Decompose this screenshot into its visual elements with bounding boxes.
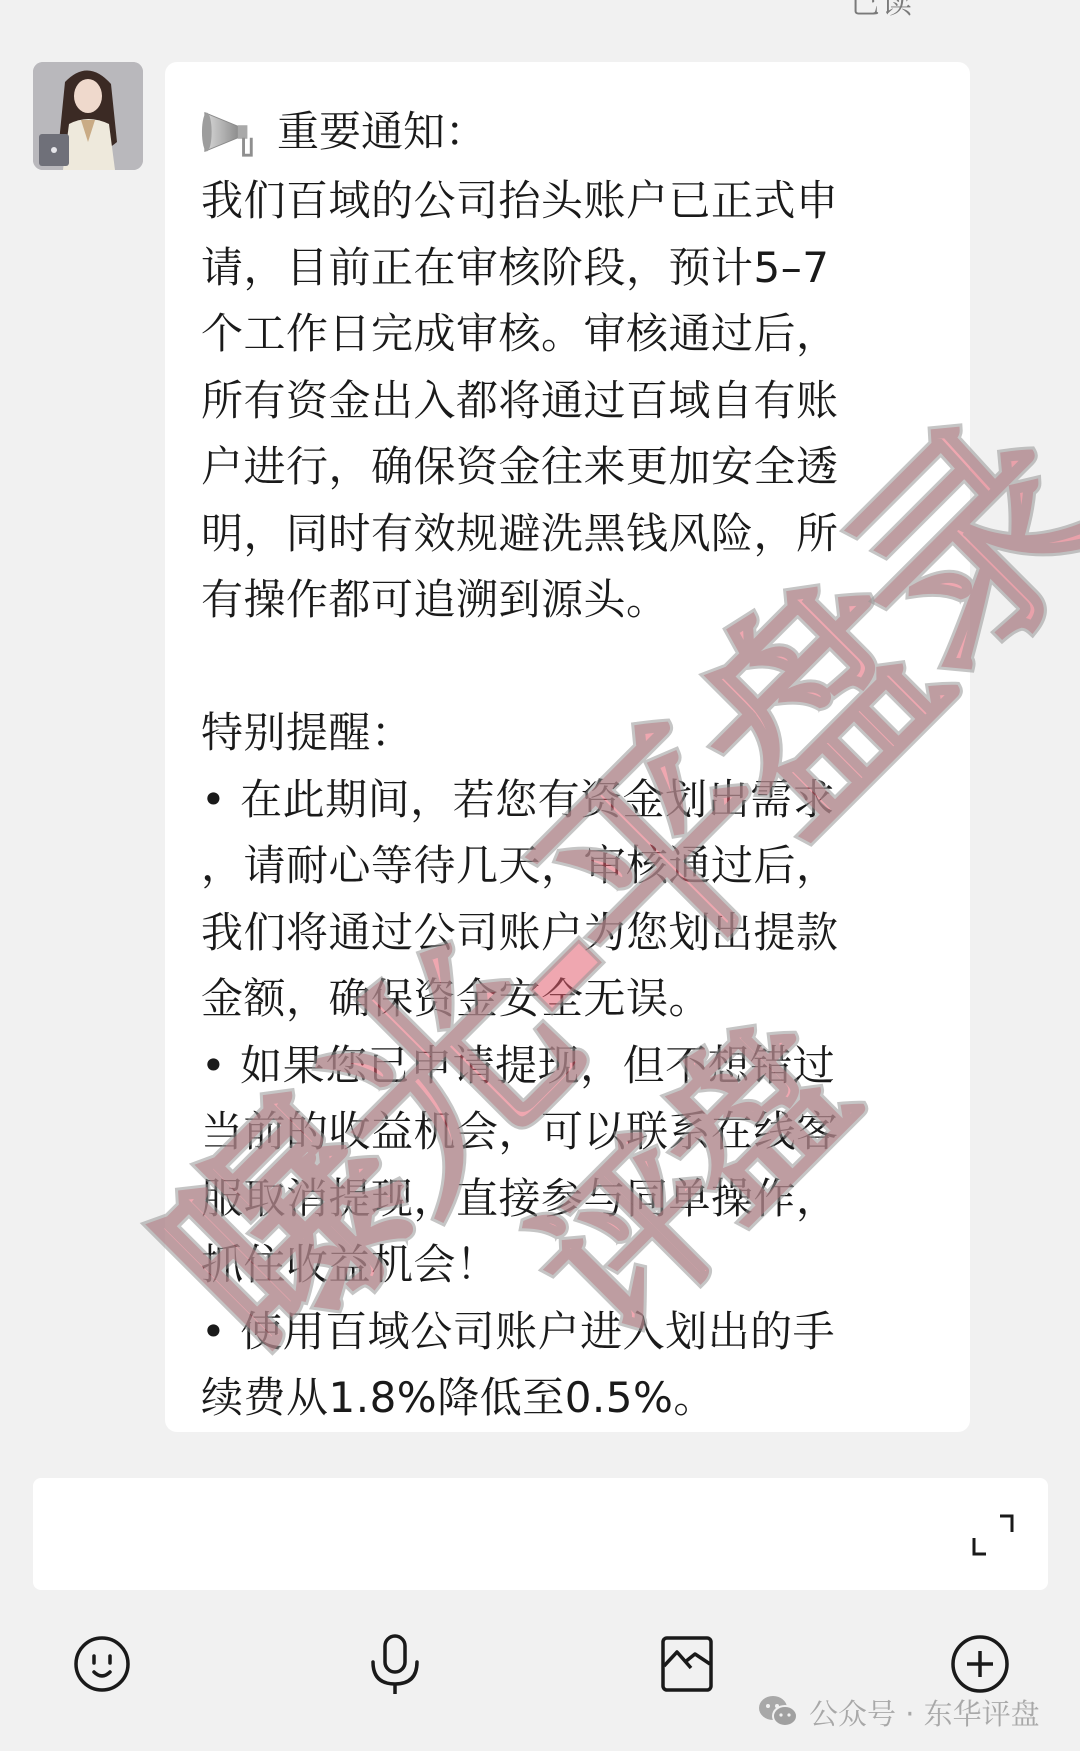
source-watermark: 公众号 · 东华评盘 <box>757 1692 1040 1732</box>
message-line: • 如果您已申请提现，但不想错过 <box>201 1033 940 1100</box>
emoji-button[interactable] <box>70 1632 134 1696</box>
source-watermark-text: 公众号 · 东华评盘 <box>809 1692 1040 1733</box>
emoji-icon <box>72 1634 132 1694</box>
message-line: 金额，确保资金安全无误。 <box>201 966 940 1033</box>
message-input[interactable] <box>33 1478 1048 1590</box>
message-line: ，请耐心等待几天，审核通过后， <box>201 833 940 900</box>
avatar-woman-laptop-icon <box>33 62 143 170</box>
message-body: 我们百域的公司抬头账户已正式申 请，目前正在审核阶段，预计5–7 个工作日完成审… <box>201 168 940 1432</box>
message-blank-line <box>201 634 940 701</box>
expand-icon[interactable] <box>970 1512 1016 1558</box>
message-line: 有操作都可追溯到源头。 <box>201 567 940 634</box>
reminder-heading: 特别提醒： <box>201 700 940 767</box>
message-line: 续费从1.8%降低至0.5%。 <box>201 1365 940 1432</box>
message-line: 明，同时有效规避洗黑钱风险，所 <box>201 501 940 568</box>
plus-circle-icon <box>949 1633 1011 1695</box>
avatar[interactable] <box>33 62 143 170</box>
message-line: 当前的收益机会，可以联系在线客 <box>201 1099 940 1166</box>
message-title: 重要通知： <box>277 99 487 165</box>
microphone-icon <box>365 1632 425 1696</box>
message-line: 抓住收益机会！ <box>201 1232 940 1299</box>
read-status: 已读 <box>850 0 914 22</box>
message-line: 所有资金出入都将通过百域自有账 <box>201 368 940 435</box>
message-bubble[interactable]: 重要通知： 我们百域的公司抬头账户已正式申 请，目前正在审核阶段，预计5–7 个… <box>165 62 970 1432</box>
voice-button[interactable] <box>363 1632 427 1696</box>
message-line: 户进行，确保资金往来更加安全透 <box>201 434 940 501</box>
megaphone-icon <box>201 103 259 161</box>
message-line: 请，目前正在审核阶段，预计5–7 <box>201 235 940 302</box>
image-icon <box>659 1634 715 1694</box>
wechat-icon <box>757 1694 799 1730</box>
message-title-row: 重要通知： <box>201 96 940 168</box>
message-line: 我们将通过公司账户为您划出提款 <box>201 900 940 967</box>
message-line: • 在此期间，若您有资金划出需求 <box>201 767 940 834</box>
message-line: 服取消提现，直接参与同单操作， <box>201 1166 940 1233</box>
more-button[interactable] <box>948 1632 1012 1696</box>
image-button[interactable] <box>655 1632 719 1696</box>
message-line: 个工作日完成审核。审核通过后， <box>201 301 940 368</box>
message-line: • 使用百域公司账户进入划出的手 <box>201 1299 940 1366</box>
message-line: 我们百域的公司抬头账户已正式申 <box>201 168 940 235</box>
